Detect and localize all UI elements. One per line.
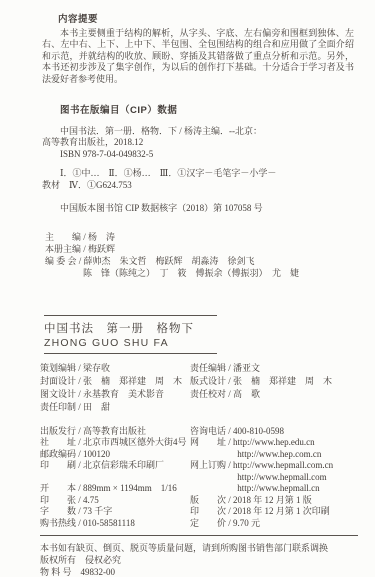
info-row: 印 张 / 4.75 版 次 / 2018 年 12 月第 1 版 <box>40 495 355 507</box>
info-row: 字 数 / 73 千字 印 次 / 2018 年 12 月第 1 次印刷 <box>40 506 355 518</box>
staff-credits: 策划编辑 / 梁存收 责任编辑 / 潘亚文 封面设计 / 张 楠 郑祥建 周 木… <box>40 362 355 414</box>
inquiry-phone: 咨询电话 / 400-810-0598 <box>190 426 355 438</box>
staff-row: 责任印制 / 田 甜 <box>40 401 355 414</box>
info-row: 开 本 / 889mm × 1194mm 1/16 http://www.hep… <box>40 483 355 495</box>
responsible-editor: 责任编辑 / 潘亚文 <box>190 362 355 375</box>
quality-notice: 本书如有缺页、倒页、脱页等质量问题，请到所购图书销售部门联系调换 <box>40 542 355 554</box>
info-row: http://www.hepmall.com <box>40 472 355 484</box>
copyright-page: 内容提要 本书主要侧重于结构的解析，从字头、字底、左右偏旁和围框到独体、左右、左… <box>0 0 375 577</box>
cover-design: 封面设计 / 张 楠 郑祥建 周 木 <box>40 375 190 388</box>
online-order-url: 网上订购 / http://www.hepmall.com.cn <box>190 460 355 472</box>
empty-cell <box>40 472 190 484</box>
website-url-2: http://www.hep.com.cn <box>190 449 355 461</box>
graphic-design: 图文设计 / 永基教育 美术影音 <box>40 388 190 401</box>
chief-editor: 主 编 / 杨 涛 <box>45 231 355 243</box>
cip-class-line2: 教材 Ⅳ．①G624.753 <box>42 180 355 192</box>
proofreader: 责任校对 / 高 歌 <box>190 388 355 401</box>
planning-editor: 策划编辑 / 梁存收 <box>40 362 190 375</box>
staff-row: 策划编辑 / 梁存收 责任编辑 / 潘亚文 <box>40 362 355 375</box>
footer-section: 本书如有缺页、倒页、脱页等质量问题，请到所购图书销售部门联系调换 版权所有 侵权… <box>40 542 355 577</box>
website-url: 网 址 / http://www.hep.edu.cn <box>190 437 355 449</box>
editors-section: 主 编 / 杨 涛 本册主编 / 梅跃辉 编 委 会 / 薛帅杰 朱文哲 梅跃辉… <box>40 231 355 279</box>
staff-row: 封面设计 / 张 楠 郑祥建 周 木 版式设计 / 张 楠 郑祥建 周 木 <box>40 375 355 388</box>
summary-heading: 内容提要 <box>58 14 355 26</box>
info-row: 印 刷 / 北京信彩瑞禾印刷厂 网上订购 / http://www.hepmal… <box>40 460 355 472</box>
staff-empty-cell <box>190 401 355 414</box>
cip-record-number: 中国版本图书馆 CIP 数据核字（2018）第 107058 号 <box>42 203 355 215</box>
info-row: 出版发行 / 高等教育出版社 咨询电话 / 400-810-0598 <box>40 426 355 438</box>
volume-chief-editor: 本册主编 / 梅跃辉 <box>45 243 355 255</box>
publishing-info: 出版发行 / 高等教育出版社 咨询电话 / 400-810-0598 社 址 /… <box>40 426 355 530</box>
cip-heading: 图书在版编目（CIP）数据 <box>60 105 355 117</box>
postal-code: 邮政编码 / 100120 <box>40 449 190 461</box>
printed-sheets: 印 张 / 4.75 <box>40 495 190 507</box>
cip-entry-line1: 中国书法．第一册．格物．下 / 杨涛主编．--北京： <box>42 126 355 138</box>
format-size: 开 本 / 889mm × 1194mm 1/16 <box>40 483 190 495</box>
printer: 印 刷 / 北京信彩瑞禾印刷厂 <box>40 460 190 472</box>
footer-rule <box>40 535 358 536</box>
staff-row: 图文设计 / 永基教育 美术影音 责任校对 / 高 歌 <box>40 388 355 401</box>
print-run: 印 次 / 2018 年 12 月第 1 次印刷 <box>190 506 355 518</box>
book-title: 中国书法 第一册 格物下 <box>44 322 355 336</box>
cip-isbn: ISBN 978-7-04-049832-5 <box>42 149 355 161</box>
edition: 版 次 / 2018 年 12 月第 1 版 <box>190 495 355 507</box>
info-row: 购书热线 / 010-58581118 定 价 / 9.70 元 <box>40 518 355 530</box>
info-row: 邮政编码 / 100120 http://www.hep.com.cn <box>40 449 355 461</box>
cip-section: 图书在版编目（CIP）数据 中国书法．第一册．格物．下 / 杨涛主编．--北京：… <box>40 105 355 215</box>
info-row: 社 址 / 北京市西城区德外大街4号 网 址 / http://www.hep.… <box>40 437 355 449</box>
publisher-address: 社 址 / 北京市西城区德外大街4号 <box>40 437 190 449</box>
online-order-url-2: http://www.hepmall.com <box>190 472 355 484</box>
copyright-notice: 版权所有 侵权必究 <box>40 554 355 566</box>
cip-class-line1: Ⅰ．①中… Ⅱ．①杨… Ⅲ．①汉字－毛笔字－小学－ <box>42 168 355 180</box>
title-rule-top <box>44 315 217 316</box>
title-block: 中国书法 第一册 格物下 ZHONG GUO SHU FA <box>40 315 355 354</box>
word-count: 字 数 / 73 千字 <box>40 506 190 518</box>
book-title-pinyin: ZHONG GUO SHU FA <box>44 337 355 350</box>
editorial-committee-line1: 编 委 会 / 薛帅杰 朱文哲 梅跃辉 胡淼涛 徐剑飞 <box>45 255 355 267</box>
online-order-url-3: http://www.hepmall.cn <box>190 483 355 495</box>
publisher: 出版发行 / 高等教育出版社 <box>40 426 190 438</box>
layout-design: 版式设计 / 张 楠 郑祥建 周 木 <box>190 375 355 388</box>
title-rule-bottom <box>44 353 217 354</box>
price: 定 价 / 9.70 元 <box>190 518 355 530</box>
item-number: 物 料 号 49832-00 <box>40 566 355 577</box>
print-supervisor: 责任印制 / 田 甜 <box>40 401 190 414</box>
summary-body: 本书主要侧重于结构的解析，从字头、字底、左右偏旁和围框到独体、左右、左中右、上下… <box>42 28 354 86</box>
editorial-committee-line2: 陈 锋（陈纯之） 丁 筱 傅振余（傅振羽） 尤 婕 <box>83 267 355 279</box>
purchase-hotline: 购书热线 / 010-58581118 <box>40 518 190 530</box>
cip-entry-line2: 高等教育出版社，2018.12 <box>42 137 355 149</box>
